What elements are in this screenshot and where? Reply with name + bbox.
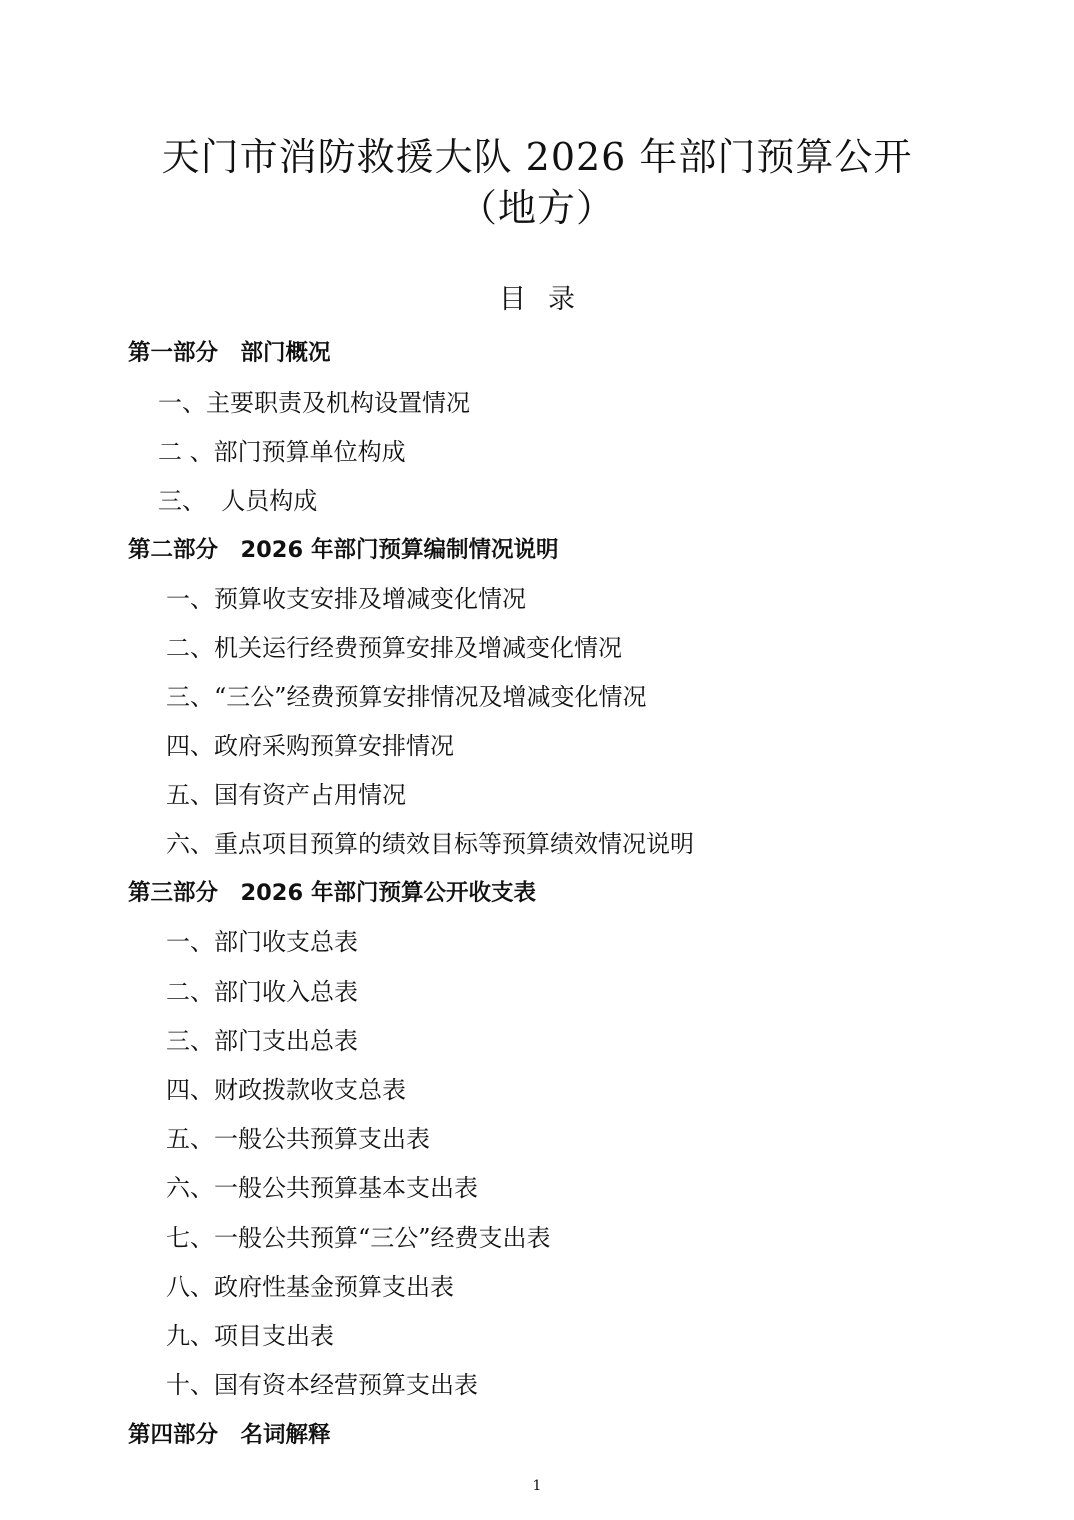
document-subtitle: （地方）	[0, 186, 1074, 230]
toc-part-2-heading[interactable]: 第二部分 2026 年部门预算编制情况说明	[128, 535, 558, 565]
toc-item[interactable]: 一、部门收支总表	[166, 927, 358, 957]
toc-part-1-heading[interactable]: 第一部分 部门概况	[128, 338, 331, 368]
toc-item[interactable]: 八、政府性基金预算支出表	[166, 1272, 454, 1302]
toc-item[interactable]: 二 、部门预算单位构成	[158, 437, 406, 467]
page-number: 1	[0, 1478, 1074, 1494]
toc-item[interactable]: 六、一般公共预算基本支出表	[166, 1173, 478, 1203]
toc-item[interactable]: 三、部门支出总表	[166, 1026, 358, 1056]
toc-item[interactable]: 五、一般公共预算支出表	[166, 1124, 430, 1154]
toc-item[interactable]: 二、部门收入总表	[166, 977, 358, 1007]
toc-item[interactable]: 六、重点项目预算的绩效目标等预算绩效情况说明	[166, 829, 694, 859]
toc-heading: 目录	[0, 282, 1074, 318]
toc-item[interactable]: 三、“三公”经费预算安排情况及增减变化情况	[166, 682, 647, 712]
toc-item[interactable]: 九、项目支出表	[166, 1321, 334, 1351]
toc-item[interactable]: 五、国有资产占用情况	[166, 780, 406, 810]
toc-item[interactable]: 四、财政拨款收支总表	[166, 1075, 406, 1105]
toc-item[interactable]: 一、主要职责及机构设置情况	[158, 388, 470, 418]
document-title: 天门市消防救援大队 2026 年部门预算公开	[0, 135, 1074, 179]
toc-item[interactable]: 七、一般公共预算“三公”经费支出表	[166, 1223, 551, 1253]
toc-part-4-heading[interactable]: 第四部分 名词解释	[128, 1420, 331, 1450]
toc-item[interactable]: 四、政府采购预算安排情况	[166, 731, 454, 761]
toc-item[interactable]: 一、预算收支安排及增减变化情况	[166, 584, 526, 614]
toc-item[interactable]: 十、国有资本经营预算支出表	[166, 1370, 478, 1400]
toc-item[interactable]: 三、 人员构成	[158, 486, 317, 516]
toc-item[interactable]: 二、机关运行经费预算安排及增减变化情况	[166, 633, 622, 663]
toc-part-3-heading[interactable]: 第三部分 2026 年部门预算公开收支表	[128, 878, 536, 908]
